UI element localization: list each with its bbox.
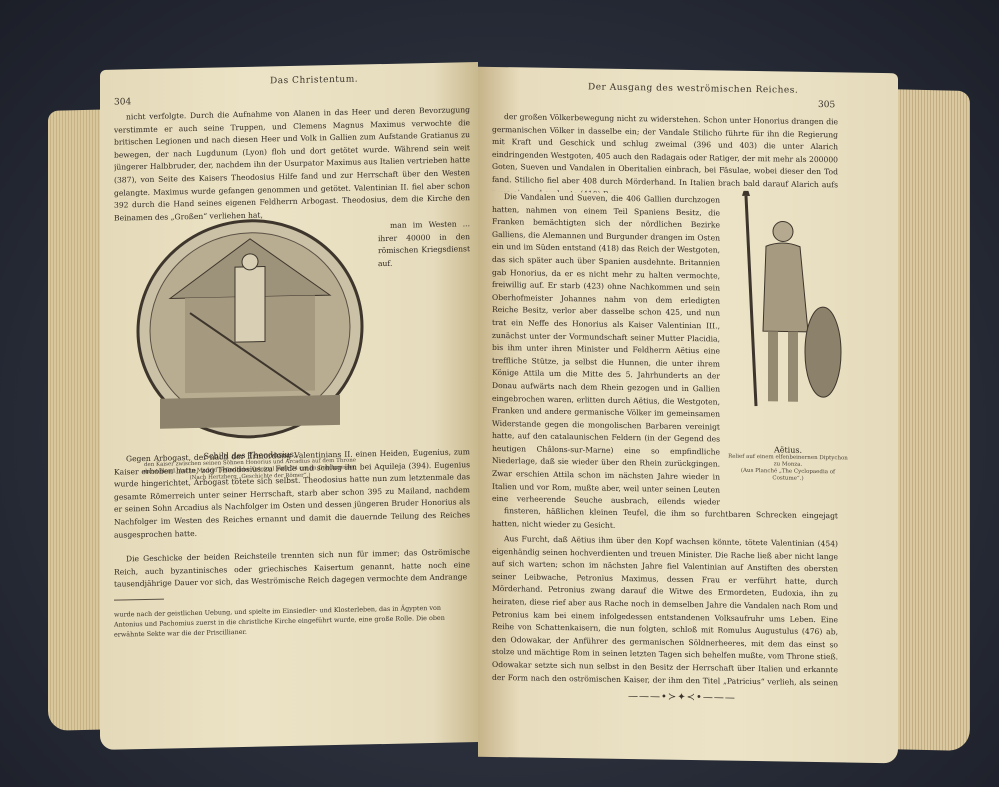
end-ornament: ———•≻✦≺•——— bbox=[628, 691, 736, 704]
text-para-2: Aus Furcht, daß Aëtius ihm über den Kopf… bbox=[492, 533, 838, 690]
aetius-illustration bbox=[728, 191, 848, 443]
text-bottom: Gegen Arbogast, der nach der Ermordung V… bbox=[114, 446, 470, 553]
text-column: Die Vandalen und Sueven, die 406 Gallien… bbox=[492, 191, 720, 509]
footnote: wurde nach der geistlichen Uebung, und s… bbox=[114, 602, 470, 639]
page-number-left: 304 bbox=[114, 97, 131, 107]
left-page: Das Christentum. 304 nicht verfolgte. Du… bbox=[100, 62, 478, 750]
right-page: Der Ausgang des weströmischen Reiches. 3… bbox=[478, 67, 898, 764]
shield-illustration bbox=[130, 214, 370, 449]
text-bottom-2: Die Geschicke der beiden Reichsteile tre… bbox=[114, 546, 470, 593]
figure-shield-of-theodosius: Schild des Theodosius, den Kaiser zwisch… bbox=[130, 214, 370, 483]
text-top: der großen Völkerbewegung nicht zu wider… bbox=[492, 111, 838, 196]
text-side-column: man im Westen ... ihrer 40000 in den röm… bbox=[378, 218, 470, 444]
text-top: nicht verfolgte. Durch die Aufnahme von … bbox=[114, 104, 470, 223]
footnote-rule bbox=[114, 599, 164, 601]
running-head-left: Das Christentum. bbox=[270, 75, 358, 87]
figure-aetius: Aëtius. Relief auf einem elfenbeinernen … bbox=[728, 191, 848, 484]
page-number-right: 305 bbox=[818, 100, 835, 110]
text-full: finsteren, häßlichen kleinen Teufel, die… bbox=[492, 505, 838, 536]
figure-source: (Aus Planché „The Cyclopaedia of Costume… bbox=[728, 468, 848, 484]
running-head-right: Der Ausgang des weströmischen Reiches. bbox=[588, 82, 798, 95]
